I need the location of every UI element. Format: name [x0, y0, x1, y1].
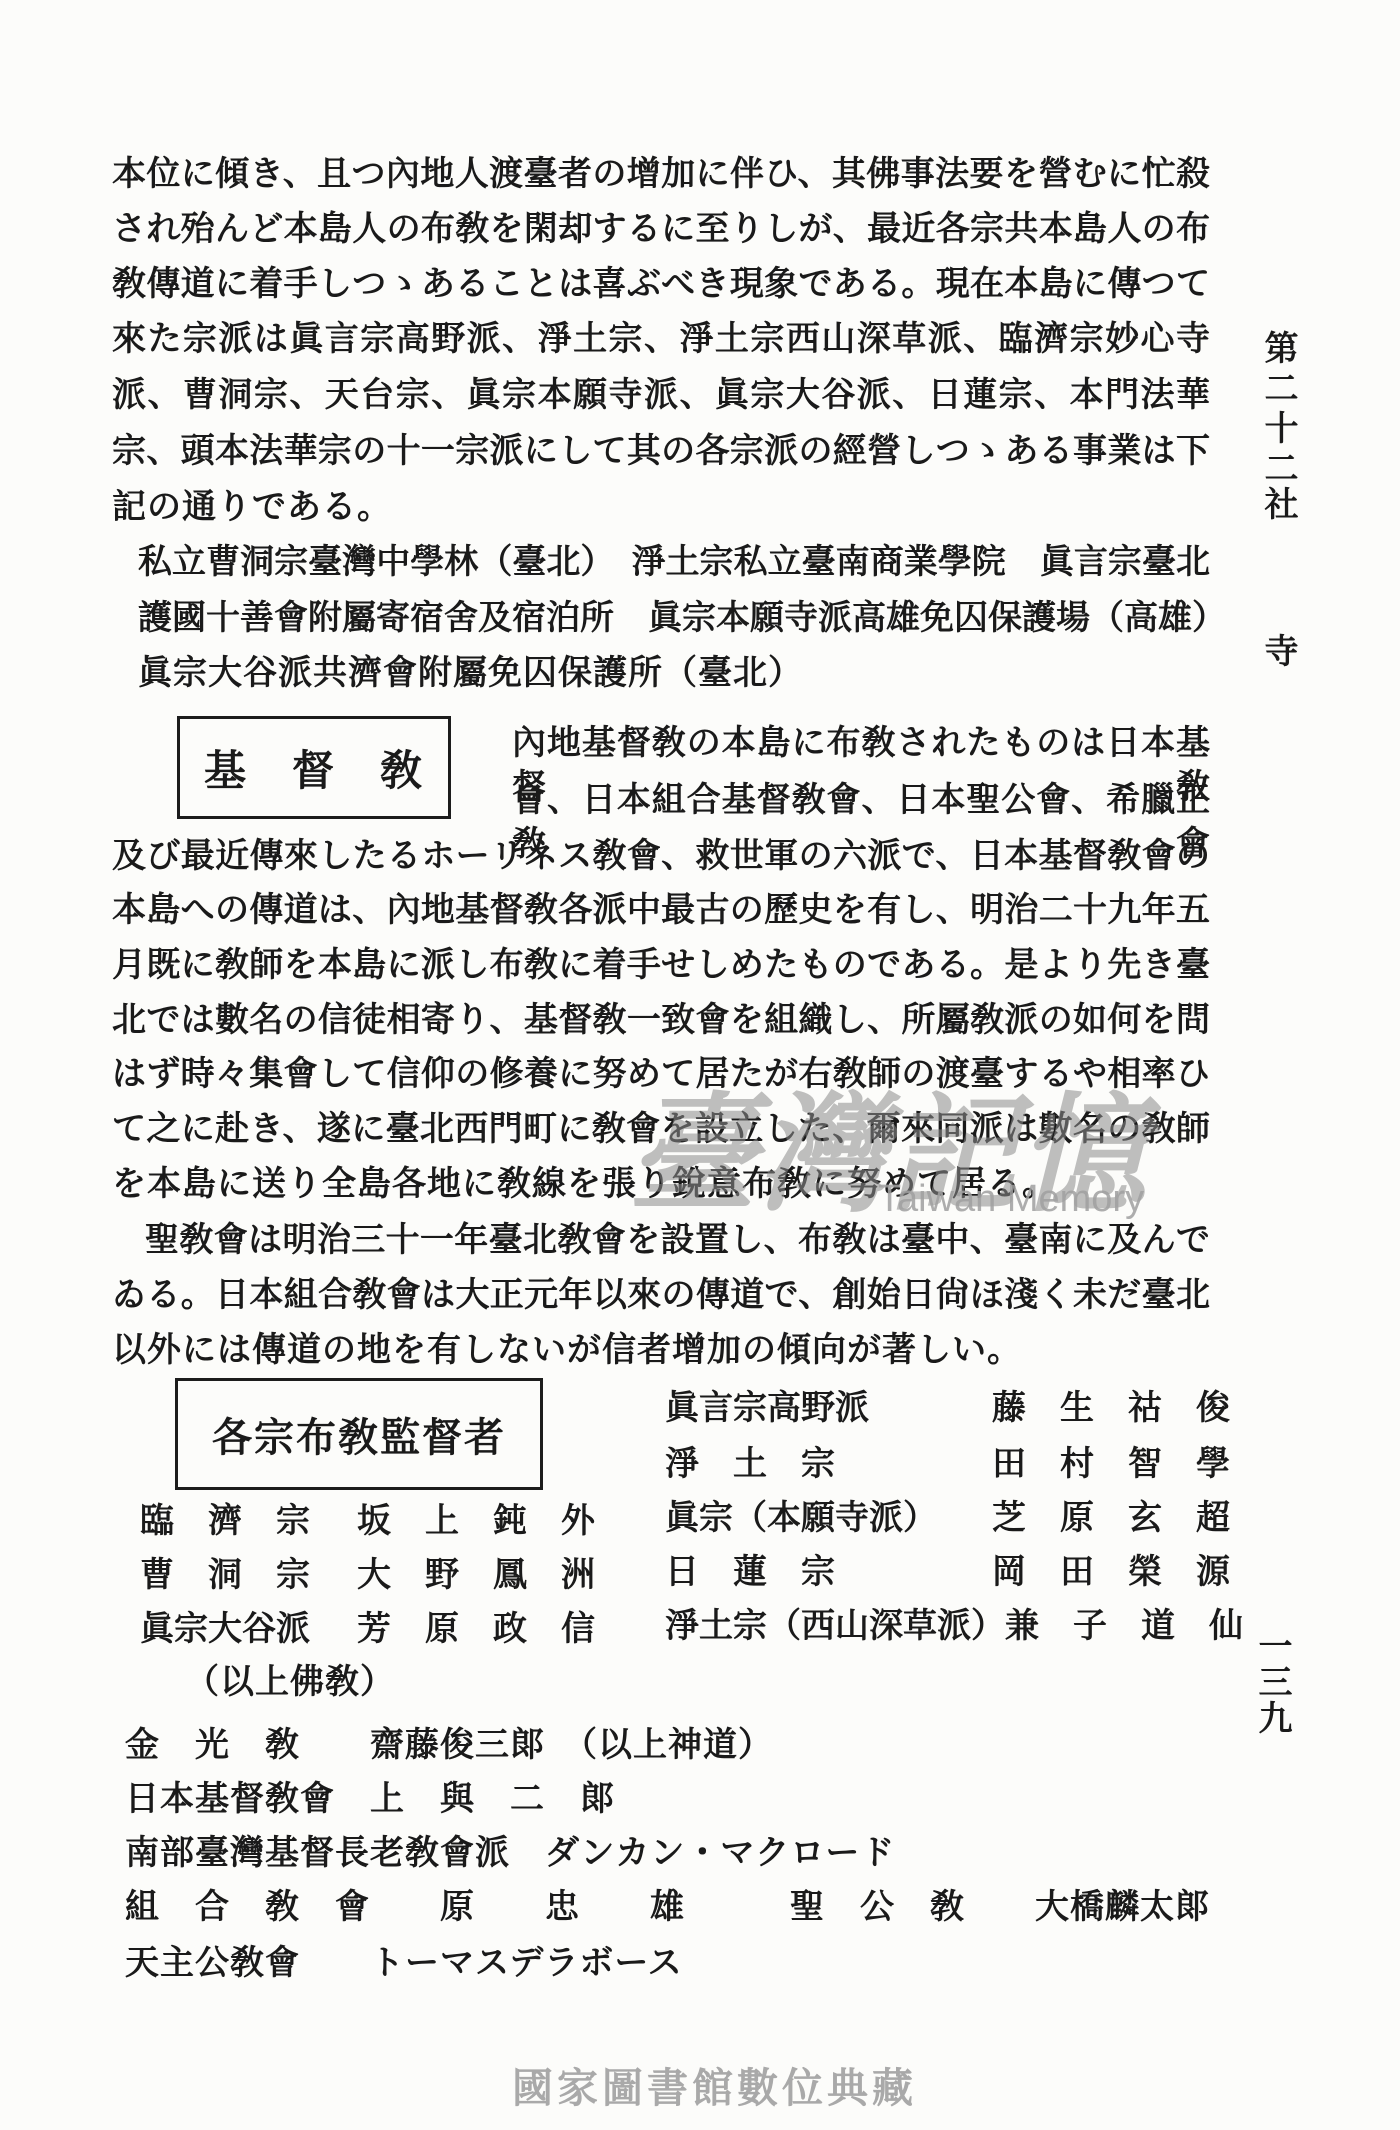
supervisor-row: 眞言宗高野派 藤 生 祜 俊	[665, 1387, 1230, 1431]
name-label: 田 村 智 學	[992, 1443, 1230, 1487]
body-line: され殆んど本島人の布敎を閑却するに至りしが、最近各宗共本島人の布	[112, 208, 1210, 252]
christianity-heading: 基 督 敎	[204, 738, 424, 798]
supervisor-row: 曹 洞 宗 大 野 鳳 洲	[140, 1554, 595, 1598]
body-line: 本島への傳道は、內地基督敎各派中最古の歷史を有し、明治二十九年五	[112, 889, 1210, 933]
body-line: はず時々集會して信仰の修養に努めて居たが右敎師の渡臺するや相率ひ	[112, 1053, 1210, 1097]
body-line: 月既に敎師を本島に派し布敎に着手せしめたものである。是より先き臺	[112, 944, 1210, 988]
christianity-heading-box: 基 督 敎	[177, 716, 451, 819]
supervisor-row: 南部臺灣基督長老敎會派 ダンカン・マクロード	[125, 1832, 895, 1876]
name-label: 兼 子 道 仙	[1005, 1605, 1243, 1649]
name-label: 岡 田 榮 源	[992, 1551, 1230, 1595]
supervisor-row: 淨土宗（西山深草派） 兼 子 道 仙	[665, 1605, 1230, 1649]
supervisor-row: 日 蓮 宗 岡 田 榮 源	[665, 1551, 1230, 1595]
library-caption: 國家圖書館數位典藏	[512, 2055, 917, 2114]
name-label: 藤 生 祜 俊	[992, 1387, 1230, 1431]
name-label: 大 野 鳳 洲	[357, 1554, 595, 1598]
facility-line: 私立曹洞宗臺灣中學林（臺北） 淨土宗私立臺南商業學院 眞言宗臺北	[138, 541, 1210, 585]
supervisor-row: 金 光 敎 齋藤俊三郞 （以上神道）	[125, 1724, 773, 1768]
supervisor-row: 組 合 敎 會 原 忠 雄 聖 公 敎 大橋麟太郞	[125, 1886, 1210, 1930]
body-line: 及び最近傳來したるホーリネス敎會、救世軍の六派で、日本基督敎會の	[112, 835, 1210, 879]
supervisor-row: 日本基督敎會 上 與 二 郞	[125, 1778, 615, 1822]
body-line: 宗、頭本法華宗の十一宗派にして其の各宗派の經營しつゝある事業は下	[112, 430, 1210, 474]
supervisors-heading: 各宗布敎監督者	[212, 1406, 506, 1463]
sect-label: 淨 土 宗	[665, 1443, 835, 1487]
margin-section-label-bottom: 寺	[1253, 633, 1302, 673]
sect-label: 淨土宗（西山深草派）	[665, 1605, 1005, 1649]
body-line: 以外には傳道の地を有しないが信者增加の傾向が著しい。	[112, 1329, 1022, 1373]
name-label: 坂 上 鈍 外	[357, 1500, 595, 1544]
margin-chapter-label: 第二十二	[1253, 330, 1302, 490]
name-label: 芝 原 玄 超	[992, 1497, 1230, 1541]
sect-label: 眞宗大谷派	[140, 1608, 310, 1652]
body-line: を本島に送り全島各地に敎線を張り銳意布敎に努めて居る。	[112, 1163, 1057, 1207]
body-line: 敎傳道に着手しつゝあることは喜ぶべき現象である。現在本島に傳つて	[112, 263, 1210, 307]
supervisor-row: 淨 土 宗 田 村 智 學	[665, 1443, 1230, 1487]
sect-label: 眞言宗高野派	[665, 1387, 869, 1431]
supervisor-row: 眞宗（本願寺派） 芝 原 玄 超	[665, 1497, 1230, 1541]
body-line: 聖敎會は明治三十一年臺北敎會を設置し、布敎は臺中、臺南に及んで	[145, 1219, 1210, 1263]
supervisor-row: 眞宗大谷派 芳 原 政 信	[140, 1608, 595, 1652]
scanned-document-page: 本位に傾き、且つ內地人渡臺者の增加に伴ひ、其佛事法要を營むに忙殺 され殆んど本島…	[0, 0, 1400, 2130]
supervisor-row: 天主公敎會 トーマスデラボース	[125, 1942, 683, 1986]
sect-label: 眞宗（本願寺派）	[665, 1497, 937, 1541]
body-line: 派、曹洞宗、天台宗、眞宗本願寺派、眞宗大谷派、日蓮宗、本門法華	[112, 374, 1210, 418]
name-label: 芳 原 政 信	[357, 1608, 595, 1652]
body-line: ゐる。日本組合敎會は大正元年以來の傳道で、創始日尙ほ淺く未だ臺北	[112, 1274, 1210, 1318]
supervisors-heading-box: 各宗布敎監督者	[175, 1378, 543, 1490]
facility-line: 眞宗大谷派共濟會附屬免囚保護所（臺北）	[138, 652, 803, 696]
body-line: て之に赴き、遂に臺北西門町に敎會を設立した、爾來同派は數名の敎師	[112, 1108, 1210, 1152]
sect-label: 曹 洞 宗	[140, 1554, 310, 1598]
supervisor-row: 臨 濟 宗 坂 上 鈍 外	[140, 1500, 595, 1544]
body-line: 來た宗派は眞言宗高野派、淨土宗、淨土宗西山深草派、臨濟宗妙心寺	[112, 318, 1210, 362]
sect-label: 日 蓮 宗	[665, 1551, 835, 1595]
body-line: 本位に傾き、且つ內地人渡臺者の增加に伴ひ、其佛事法要を營むに忙殺	[112, 153, 1210, 197]
body-line: 記の通りである。	[112, 486, 392, 530]
buddhist-note: （以上佛敎）	[185, 1661, 395, 1705]
facility-line: 護國十善會附屬寄宿舍及宿泊所 眞宗本願寺派高雄免囚保護場（高雄）	[138, 597, 1210, 641]
page-number-vertical: 一三九	[1247, 1628, 1296, 1736]
margin-section-label-top: 社	[1253, 486, 1302, 526]
body-line: 北では數名の信徒相寄り、基督敎一致會を組織し、所屬敎派の如何を問	[112, 999, 1210, 1043]
sect-label: 臨 濟 宗	[140, 1500, 310, 1544]
